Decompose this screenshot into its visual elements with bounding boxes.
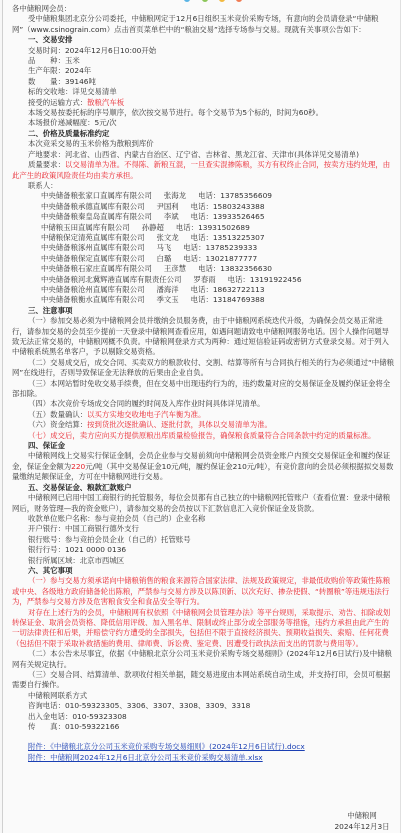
yellow-dot-icon <box>219 0 225 2</box>
section3-title: 三、注意事项 <box>12 306 396 316</box>
contact-row: 中央储备粮石家庄直属库有限公司王彦慧电话：13832356630 <box>12 264 396 274</box>
consult-phone: 咨询电话：010-59323305、3306、3307、3308、3309、33… <box>12 701 396 711</box>
contact-title: 中储粮网联系方式 <box>12 691 396 701</box>
escrow-paragraph: 中储粮网已启用中国工商银行的托管服务，每位会员都有自己独立的中储粮网托管账户（查… <box>12 493 396 514</box>
contact-row: 中央储备粮沧州直属库有限公司潘海洋电话：18632722113 <box>12 285 396 295</box>
fax: 传 真：010-59322166 <box>12 722 396 732</box>
quantity: 数 量：39146吨 <box>12 77 396 87</box>
orange-dot-icon <box>236 0 242 2</box>
contact-row: 中央储备粮承德直属库有限公司尹国利电话：15803243388 <box>12 202 396 212</box>
attachment-list-link[interactable]: 附件：中储粮网2024年12月6日北京分公司玉米竞价采购交易清单.xlsx <box>28 753 263 762</box>
notice-item-1: （一）参加交易必须为中储粮网会员并缴纳会员服务费，由于中储粮网系统迭代升级，为确… <box>12 316 396 358</box>
notice-item-3: （三）本网站暂时免收交易手续费，但在交易中出现违约行为的，违约数量对应的交易保证… <box>12 379 396 400</box>
bank-account: 银行账号：参与竞拍会员企业（自己的）托管账号 <box>12 535 396 545</box>
salutation: 各中储粮网会员： <box>12 4 396 14</box>
blue-dot-icon <box>184 0 190 2</box>
payee-name: 收款单位账户名称：参与竞拍会员（自己的）企业名称 <box>12 514 396 524</box>
section6-title: 六、其它事项 <box>12 566 396 576</box>
notice-item-5: （五）数量确认：以买方实地交收地电子汽车衡为准。 <box>12 410 396 420</box>
deposit-amount: 220 <box>71 462 85 471</box>
delivery-place: 标的交收地：详见交易清单 <box>12 87 396 97</box>
bank-code: 银行行号：1021 0000 0136 <box>12 545 396 555</box>
section2-title: 二、价格及质量标准约定 <box>12 129 396 139</box>
price-note: 本次竞采交易的玉米价格为散粮到库价 <box>12 139 396 149</box>
contact-row: 中央储备粮河北冀辉港直属库有限责任公司罗春雨电话：13191922456 <box>12 275 396 285</box>
notice-item-6: （六）资金结算：按到货批次逐批确认、逐批付款，具体以交易清单为准。 <box>12 420 396 430</box>
contact-row: 中央储备粮秦皇岛直属库有限公司李斌电话：13933526465 <box>12 212 396 222</box>
variety: 品 种：玉米 <box>12 56 396 66</box>
bid-step: 本场报价递减幅度：5元/次 <box>12 118 396 128</box>
other-item-1: （一）参与交易方须承诺向中储粮销售的粮食来源符合国家法律、法规及政策规定，非最低… <box>12 576 396 607</box>
contact-row: 中储粮玉田直属库有限公司孙静超电话：13931502689 <box>12 223 396 233</box>
signature-org: 中储粮网 <box>327 810 397 821</box>
notice-frame: 各中储粮网会员： 受中储粮集团北京分公司委托，中储粮网定于12月6日组织玉米竞价… <box>2 0 401 833</box>
section1-title: 一、交易安排 <box>12 35 396 45</box>
origin-requirement: 产地要求：河北省、山西省、内蒙古自治区、辽宁省、吉林省、黑龙江省、天津市(具体详… <box>12 150 396 160</box>
fund-phone: 出入金电话：010-59323308 <box>12 712 396 722</box>
notice-body: 各中储粮网会员： 受中储粮集团北京分公司委托，中储粮网定于12月6日组织玉米竞价… <box>12 4 396 763</box>
trade-time: 交易时间：2024年12月6日10:00开始 <box>12 46 396 56</box>
contact-row: 中央储备粮保定直属库有限公司白璐电话：13021877777 <box>12 254 396 264</box>
transport-mode: 接受的运输方式：散粮汽车板 <box>12 98 396 108</box>
notice-item-4: （四）本次竞价专场成交合同的履约时间及入库作业时间具体详见清单。 <box>12 399 396 409</box>
quality-requirement: 质量要求：以交易清单为准。不得陈、新粮互混，一旦查实混掺陈粮，买方有权终止合同，… <box>12 160 396 181</box>
attachment-rules-link[interactable]: 附件：《中储粮北京分公司玉米竞价采购专场交易细则》(2024年12月6日试行).… <box>28 742 305 751</box>
trade-rule: 本场交易按委托标的序号顺序，依次按交易节进行。每个交易节为5个标的，时间为60秒… <box>12 108 396 118</box>
other-item-2: （二）本公告未尽事宜，依据《中储粮北京分公司玉米竞价采购专场交易细则》(2024… <box>12 649 396 670</box>
notice-item-7: （七）成交后，卖方应向买方提供原粮出库质量检验报告，确保粮食质量符合合同条款中约… <box>12 431 396 441</box>
section4-title: 四、保证金 <box>12 441 396 451</box>
contact-list: 中央储备粮张家口直属库有限公司张海龙电话：13785356609 中央储备粮承德… <box>12 191 396 305</box>
contact-row: 中储粮保定清苑直属库有限公司张文龙电话：13513225307 <box>12 233 396 243</box>
spacer <box>12 732 396 742</box>
other-item-3: （三）交易合同、结算清单、款项收付相关单据，随交易进度由本网站系统自动生成，并支… <box>12 670 396 691</box>
bank-region: 银行所属区域：北京市西城区 <box>12 556 396 566</box>
signature-date: 2024年12月3日 <box>327 821 397 832</box>
bank-name: 开户银行：中国工商银行德外支行 <box>12 524 396 534</box>
contacts-label: 联系人： <box>12 181 396 191</box>
green-dot-icon <box>202 0 208 2</box>
production-year: 生产年限：2024年 <box>12 66 396 76</box>
contact-row: 中央储备粮衡水直属库有限公司季文玉电话：13184769388 <box>12 295 396 305</box>
contact-row: 中央储备粮涿州直属库有限公司马飞电话：13785239333 <box>12 243 396 253</box>
section5-title: 五、交易保证金、粮款汇款账户 <box>12 483 396 493</box>
intro-paragraph: 受中储粮集团北京分公司委托，中储粮网定于12月6日组织玉米竞价采购专场，有意向的… <box>12 14 396 35</box>
other-item-1b: 对存在上述行为的会员，中储粮网有权依照《中储粮网会员管理办法》等平台规则，采取提… <box>12 608 396 650</box>
notice-item-2: （二）交易成交后，成交合同、买卖双方的粮款收付、交割、结算等所有与合同执行相关的… <box>12 358 396 379</box>
contact-row: 中央储备粮张家口直属库有限公司张海龙电话：13785356609 <box>12 191 396 201</box>
deposit-paragraph: 中储粮网线上交易实行保证金制，会员企业参与交易前须向中储粮网会员资金账户内预交交… <box>12 451 396 482</box>
